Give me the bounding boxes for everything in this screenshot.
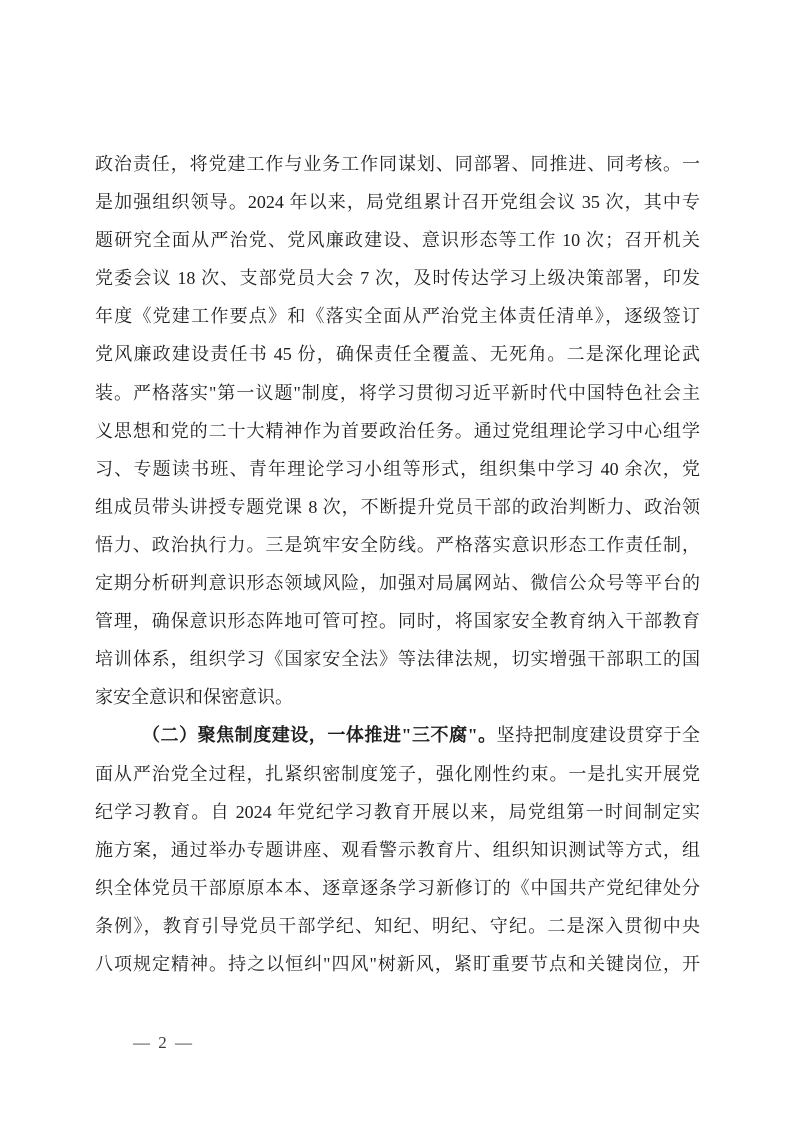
section-heading-bold: （二）聚焦制度建设，一体推进"三不腐"。 [142,725,497,745]
text-line: 习、专题读书班、青年理论学习小组等形式，组织集中学习 40 余次，党 [95,450,700,488]
text-line-section-start: （二）聚焦制度建设，一体推进"三不腐"。坚持把制度建设贯穿于全 [95,716,700,754]
text-line: 党委会议 18 次、支部党员大会 7 次，及时传达学习上级决策部署，印发 [95,259,700,297]
text-line: 题研究全面从严治党、党风廉政建设、意识形态等工作 10 次；召开机关 [95,221,700,259]
document-page: 政治责任，将党建工作与业务工作同谋划、同部署、同推进、同考核。一 是加强组织领导… [0,0,793,1122]
text-line: 条例》，教育引导党员干部学纪、知纪、明纪、守纪。二是深入贯彻中央 [95,907,700,945]
text-line: 政治责任，将党建工作与业务工作同谋划、同部署、同推进、同考核。一 [95,145,700,183]
text-line: 管理，确保意识形态阵地可管可控。同时，将国家安全教育纳入干部教育 [95,602,700,640]
text-line: 装。严格落实"第一议题"制度，将学习贯彻习近平新时代中国特色社会主 [95,374,700,412]
text-line: 悟力、政治执行力。三是筑牢安全防线。严格落实意识形态工作责任制， [95,526,700,564]
text-line: 党风廉政建设责任书 45 份，确保责任全覆盖、无死角。二是深化理论武 [95,335,700,373]
document-body: 政治责任，将党建工作与业务工作同谋划、同部署、同推进、同考核。一 是加强组织领导… [95,145,700,983]
section-lead-text: 坚持把制度建设贯穿于全 [497,725,700,745]
text-line: 织全体党员干部原原本本、逐章逐条学习新修订的《中国共产党纪律处分 [95,869,700,907]
text-line: 八项规定精神。持之以恒纠"四风"树新风，紧盯重要节点和关键岗位，开 [95,945,700,983]
text-line: 是加强组织领导。2024 年以来，局党组累计召开党组会议 35 次，其中专 [95,183,700,221]
text-line: 年度《党建工作要点》和《落实全面从严治党主体责任清单》，逐级签订 [95,297,700,335]
page-number: — 2 — [133,1031,194,1055]
text-line: 组成员带头讲授专题党课 8 次，不断提升党员干部的政治判断力、政治领 [95,488,700,526]
text-line: 纪学习教育。自 2024 年党纪学习教育开展以来，局党组第一时间制定实 [95,793,700,831]
text-line: 面从严治党全过程，扎紧织密制度笼子，强化刚性约束。一是扎实开展党 [95,755,700,793]
text-line: 定期分析研判意识形态领域风险，加强对局属网站、微信公众号等平台的 [95,564,700,602]
text-line: 施方案，通过举办专题讲座、观看警示教育片、组织知识测试等方式，组 [95,831,700,869]
text-line: 培训体系，组织学习《国家安全法》等法律法规，切实增强干部职工的国 [95,640,700,678]
text-line: 义思想和党的二十大精神作为首要政治任务。通过党组理论学习中心组学 [95,412,700,450]
text-line: 家安全意识和保密意识。 [95,678,700,716]
